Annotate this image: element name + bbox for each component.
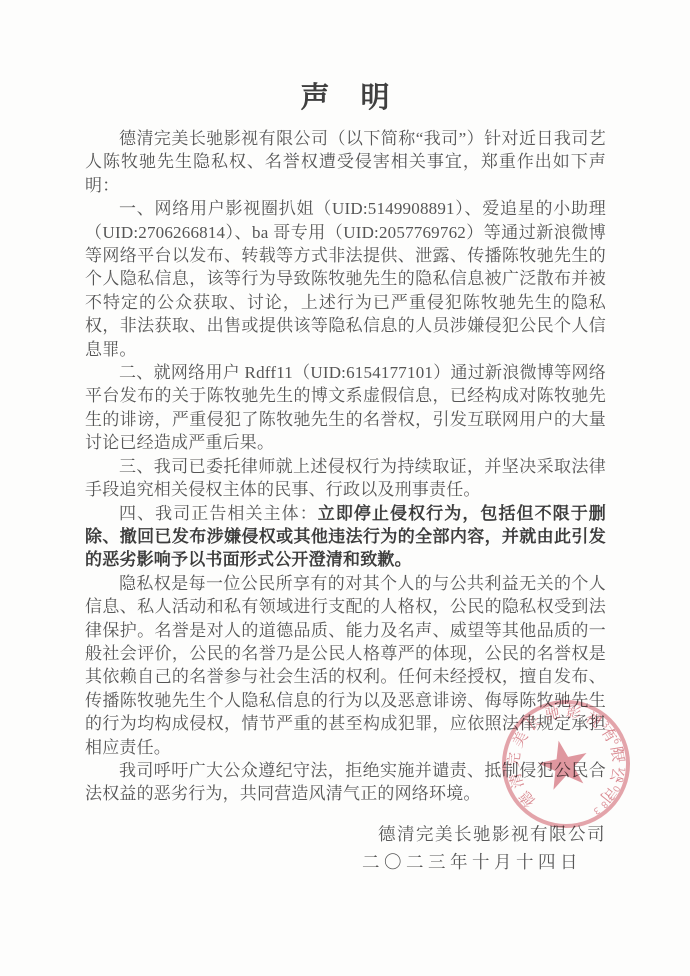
paragraph-item-4: 四、我司正告相关主体：立即停止侵权行为，包括但不限于删除、撤回已发布涉嫌侵权或其… [85, 502, 606, 572]
paragraph-legal-basis: 隐私权是每一位公民所享有的对其个人的与公共利益无关的个人信息、私人活动和私有领域… [85, 572, 606, 759]
signature-block: 德清完美长驰影视有限公司 二〇二三年十月十四日 [85, 821, 606, 877]
page-title: 声 明 [85, 80, 606, 116]
statement-document-page: 声 明 德清完美长驰影视有限公司（以下简称“我司”）针对近日我司艺人陈牧驰先生隐… [0, 0, 690, 976]
paragraph-preamble: 德清完美长驰影视有限公司（以下简称“我司”）针对近日我司艺人陈牧驰先生隐私权、名… [85, 127, 606, 197]
paragraph-item-4-intro: 四、我司正告相关主体： [119, 504, 318, 523]
paragraph-item-3: 三、我司已委托律师就上述侵权行为持续取证，并坚决采取法律手段追究相关侵权主体的民… [85, 455, 606, 502]
paragraph-appeal: 我司呼吁广大公众遵纪守法，拒绝实施并谴责、抵制侵犯公民合法权益的恶劣行为，共同营… [85, 759, 606, 806]
signature-company: 德清完美长驰影视有限公司 [85, 821, 606, 847]
statement-body: 声 明 德清完美长驰影视有限公司（以下简称“我司”）针对近日我司艺人陈牧驰先生隐… [85, 80, 606, 877]
paragraph-item-2: 二、就网络用户 Rdff11（UID:6154177101）通过新浪微博等网络平… [85, 361, 606, 455]
signature-date: 二〇二三年十月十四日 [85, 847, 606, 877]
paragraph-item-1: 一、网络用户影视圈扒姐（UID:5149908891）、爱追星的小助理（UID:… [85, 197, 606, 361]
page-title-text: 声 明 [300, 82, 390, 114]
